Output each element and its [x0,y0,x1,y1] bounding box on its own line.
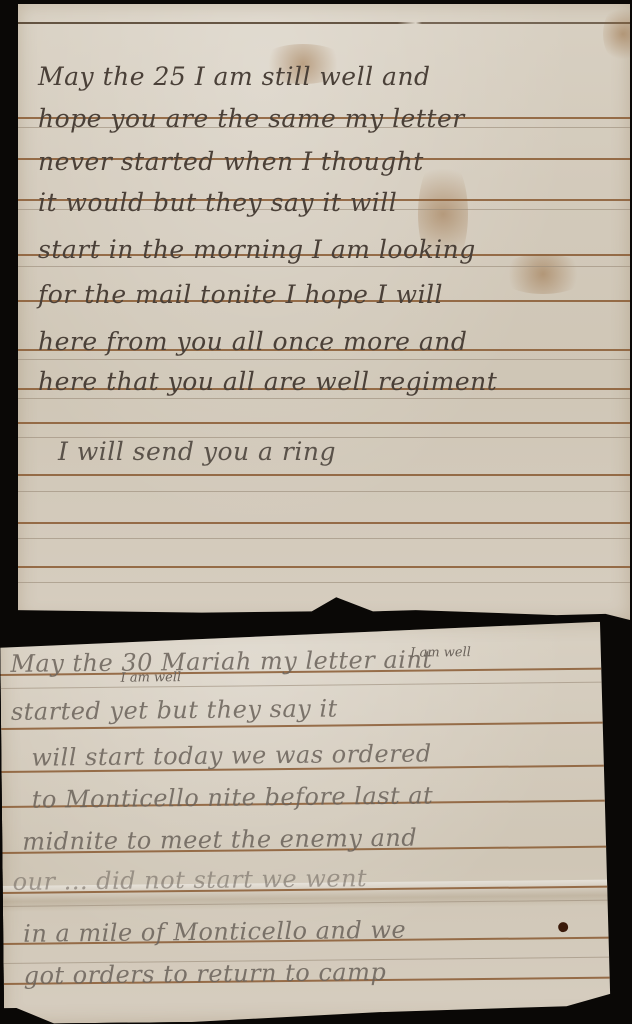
ruled-line [18,566,630,568]
ruled-line [18,422,630,424]
handwritten-line: never started when I thought [38,147,424,176]
handwritten-line: to Monticello nite before last at [32,781,434,813]
handwritten-line: midnite to meet the enemy and [22,824,417,856]
paper-tear [18,22,630,24]
handwritten-line: here from you all once more and [38,327,467,356]
letter-fragment-top: May the 25 I am still well and hope you … [18,4,630,620]
paper-hole [558,922,568,932]
handwritten-line: for the mail tonite I hope I will [38,280,443,309]
handwritten-line: May the 30 Mariah my letter aint [10,645,432,677]
handwritten-line: here that you all are well regiment [38,367,497,396]
handwritten-line: I will send you a ring [58,437,336,466]
ruled-line [18,359,630,360]
ruled-line [18,474,630,476]
ruled-line [18,522,630,524]
handwritten-line: will start today we was ordered [31,739,432,771]
handwritten-line: started yet but they say it [11,694,338,725]
handwritten-line: start in the morning I am looking [38,235,476,264]
handwritten-line: it would but they say it will [38,188,397,217]
handwritten-line: hope you are the same my letter [38,104,465,133]
water-stain [498,254,588,294]
water-stain [603,4,630,64]
ruled-line [1,681,626,689]
ruled-line [18,582,630,583]
letter-fragment-bottom: I am well I am well May the 30 Mariah my… [0,621,629,1024]
handwritten-line: our ... did not start we went [13,864,368,896]
handwritten-line: in a mile of Monticello and we [23,916,406,948]
handwritten-line: got orders to return to camp [23,958,386,990]
ruled-line [18,398,630,399]
ruled-line [18,538,630,539]
ruled-line [18,491,630,492]
handwritten-line: May the 25 I am still well and [38,62,431,91]
ruled-line [18,266,630,267]
